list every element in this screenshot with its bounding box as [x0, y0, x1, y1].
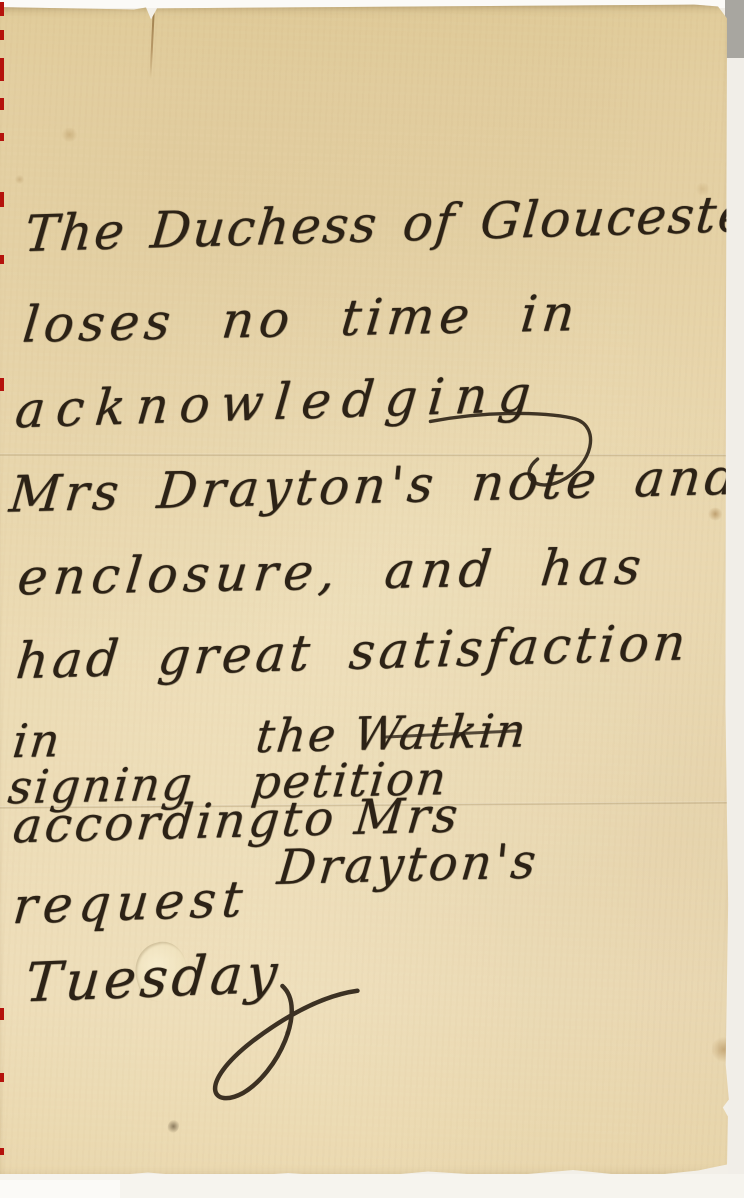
handwriting-line-6: had great satisfaction: [14, 617, 692, 686]
scanner-gray-strip: [725, 0, 744, 58]
red-edge-mark: [0, 133, 4, 141]
handwriting-line-4: Mrs Drayton's note and: [7, 452, 743, 520]
handwriting-line-2: loses no time in: [21, 288, 582, 350]
red-edge-mark: [0, 2, 4, 16]
letter-paper: The Duchess of Gloucester loses no time …: [0, 4, 737, 1179]
red-edge-mark: [0, 255, 4, 264]
handwriting-line-1: The Duchess of Gloucester: [23, 188, 744, 259]
red-edge-mark: [0, 192, 4, 207]
handwriting-line-5: enclosure, and has: [15, 541, 649, 602]
scanner-background-bottom: [0, 1174, 744, 1198]
scanned-letter-canvas: The Duchess of Gloucester loses no time …: [0, 0, 744, 1198]
red-edge-mark: [0, 58, 4, 81]
red-edge-mark: [0, 98, 4, 110]
red-edge-mark: [0, 1073, 4, 1082]
red-edge-mark: [0, 30, 4, 40]
red-edge-mark: [0, 378, 4, 391]
scanner-background-right: [728, 58, 744, 1198]
handwriting-line-10: Tuesday: [23, 946, 283, 1010]
handwriting-line-3: acknowledging: [13, 369, 543, 436]
handwriting-line-9: request: [11, 874, 250, 932]
red-edge-mark: [0, 1148, 4, 1155]
red-edge-mark: [0, 1008, 4, 1020]
handwriting-block: The Duchess of Gloucester loses no time …: [0, 4, 737, 1179]
handwriting-line-8-right: to Mrs Drayton's: [275, 785, 729, 892]
